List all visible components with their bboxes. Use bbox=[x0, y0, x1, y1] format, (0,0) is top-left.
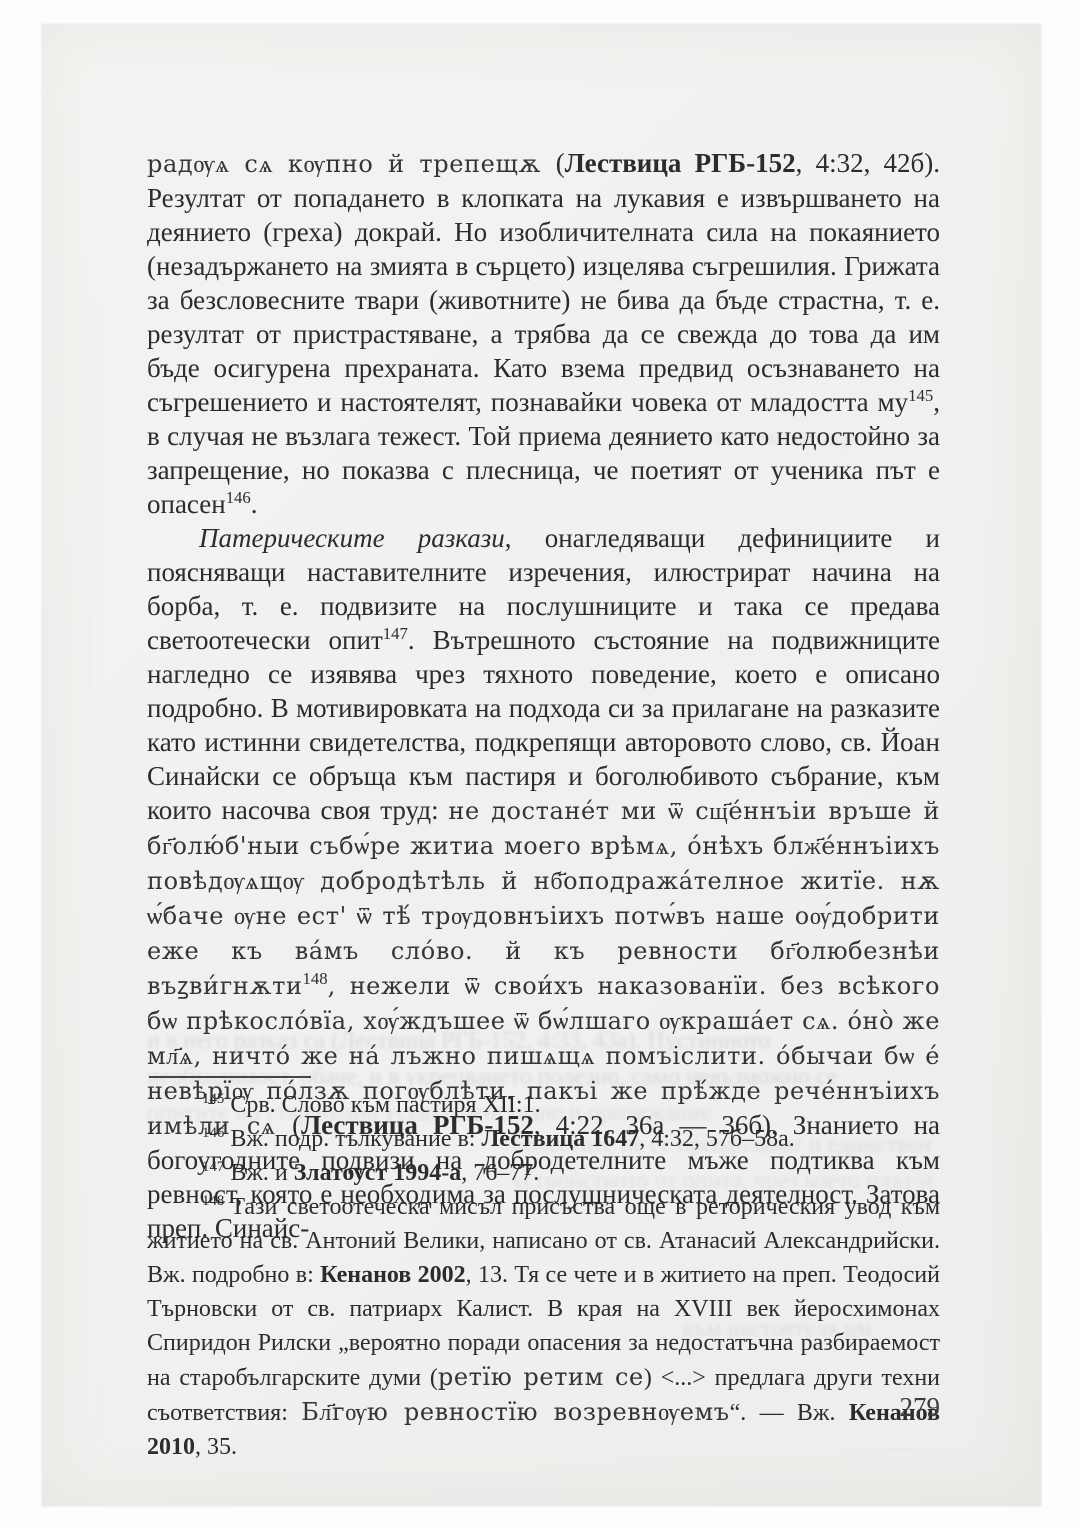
text-run: ( bbox=[556, 148, 565, 178]
footnote-marker: 146 bbox=[202, 1125, 224, 1141]
footnote: 145Срв. Слово към пастиря XII:1. bbox=[147, 1088, 940, 1122]
text-run: . bbox=[251, 489, 258, 519]
footnote-reference: 145 bbox=[908, 386, 933, 405]
footnote-marker: 145 bbox=[202, 1091, 224, 1107]
text-run: , 35. bbox=[195, 1434, 237, 1460]
text-run: Златоуст 1994-а bbox=[294, 1160, 461, 1186]
footnote: 146Вж. подр. тълкувание в: Лествица 1647… bbox=[147, 1122, 940, 1156]
page-number: 279 bbox=[147, 1392, 940, 1423]
text-run: , 4:32, 42б). Резултат от попадането в к… bbox=[147, 148, 940, 417]
text-run: , 4:32, 57б–58а. bbox=[639, 1126, 795, 1152]
text-run: Вж. подр. тълкувание в: bbox=[230, 1126, 481, 1152]
footnote-reference: 147 bbox=[383, 624, 408, 643]
text-run: Срв. Слово към пастиря XII:1. bbox=[230, 1092, 540, 1118]
footnote-marker: 148 bbox=[202, 1193, 224, 1209]
footnote-marker: 147 bbox=[202, 1159, 224, 1175]
church-slavonic-text-run: не достане́т ми ѿ сщ҃е́ннъіи връше й бг҃… bbox=[147, 797, 940, 1000]
footnote: 147Вж. и Златоуст 1994-а, 76–77. bbox=[147, 1156, 940, 1190]
text-run: Лествица 1647 bbox=[481, 1126, 639, 1152]
scanned-page-canvas: и в него разказ са (Лествица РГБ-152, 4:… bbox=[0, 0, 1080, 1528]
footnote-reference: 146 bbox=[226, 488, 251, 507]
text-run: , 76–77. bbox=[461, 1160, 539, 1186]
book-page: и в него разказ са (Лествица РГБ-152, 4:… bbox=[42, 24, 1041, 1506]
footnote-separator bbox=[149, 1076, 311, 1078]
text-run: Лествица РГБ-152 bbox=[565, 148, 796, 178]
body-paragraph: радѹѧ сѧ кѹпно й трепещѫ (Лествица РГБ-1… bbox=[147, 146, 940, 521]
text-run: Вж. и bbox=[230, 1160, 293, 1186]
footnote-reference: 148 bbox=[303, 969, 328, 988]
text-run: Патерическите разкази bbox=[199, 523, 505, 553]
text-run: Кенанов 2002 bbox=[320, 1262, 466, 1288]
church-slavonic-text-run: радѹѧ сѧ кѹпно й трепещѫ bbox=[147, 150, 556, 178]
text-run: . Вътрешното състояние на подвижниците н… bbox=[147, 625, 940, 825]
church-slavonic-text-run: ретїю ретим се bbox=[438, 1363, 644, 1391]
